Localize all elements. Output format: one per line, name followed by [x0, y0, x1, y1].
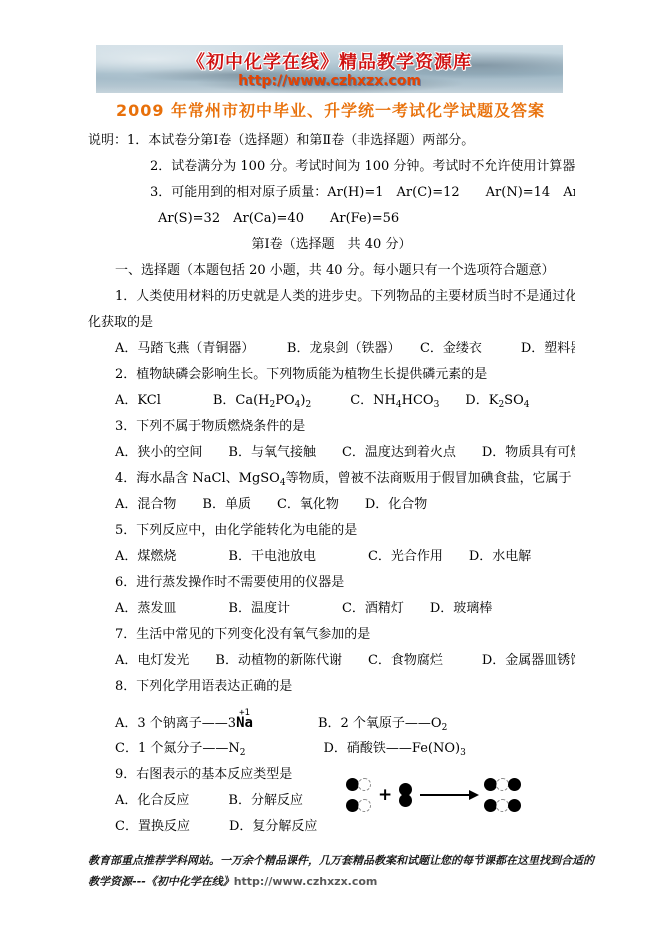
question-8-options-cd: C．1 个氮分子——N2 D．硝酸铁——Fe(NO)3: [88, 736, 575, 762]
section-1-header: 第Ⅰ卷（选择题 共 40 分）: [88, 232, 575, 258]
question-5-options: A．煤燃烧 B．干电池放电 C．光合作用 D．水电解: [88, 544, 575, 570]
molecule-group: [346, 778, 371, 812]
question-6-stem: 6．进行蒸发操作时不需要使用的仪器是: [88, 570, 575, 596]
question-1-stem-line-1: 1．人类使用材料的历史就是人类的进步史。下列物品的主要材质当时不是通过化学变: [88, 284, 575, 310]
molecule-group: [399, 783, 412, 807]
exam-note-line-2: 2．试卷满分为 100 分。考试时间为 100 分钟。考试时不允许使用计算器。: [88, 154, 575, 180]
white-atom: [358, 799, 371, 812]
footer-url-link[interactable]: http://www.czhxzx.com: [234, 875, 378, 888]
reaction-arrow-icon: [420, 794, 470, 796]
molecule-group: [484, 778, 521, 812]
document-title: 2009 年常州市初中毕业、升学统一考试化学试题及答案: [0, 98, 661, 121]
white-atom: [358, 778, 371, 791]
black-atom: [399, 794, 412, 807]
footer-line-2: 教学资源---《初中化学在线》http://www.czhxzx.com: [88, 871, 588, 892]
black-atom: [508, 778, 521, 791]
question-8-stem: 8．下列化学用语表达正确的是: [88, 674, 575, 700]
question-4-stem: 4．海水晶含 NaCl、MgSO4等物质，曾被不法商贩用于假冒加碘食盐，它属于: [88, 466, 575, 492]
question-8-options-ab: A．3 个钠离子——3+1Na B．2 个氧原子——O2: [88, 710, 575, 736]
footer: 教育部重点推荐学科网站。一万余个精品课件，几万套精品教案和试题让您的每节课都在这…: [88, 850, 588, 892]
exam-document-page: 《初中化学在线》精品教学资源库 http://www.czhxzx.com 20…: [0, 0, 661, 935]
footer-line-2-text: 教学资源---《初中化学在线》: [88, 875, 234, 888]
question-3-options: A．狭小的空间 B．与氧气接触 C．温度达到着火点 D．物质具有可燃性: [88, 440, 575, 466]
question-2-options: A．KCl B．Ca(H2PO4)2 C．NH4HCO3 D．K2SO4: [88, 388, 575, 414]
question-5-stem: 5．下列反应中，由化学能转化为电能的是: [88, 518, 575, 544]
question-4-options: A．混合物 B．单质 C．氧化物 D．化合物: [88, 492, 575, 518]
question-7-options: A．电灯发光 B．动植物的新陈代谢 C．食物腐烂 D．金属器皿锈蚀: [88, 648, 575, 674]
banner-site-url-link[interactable]: http://www.czhxzx.com: [96, 73, 563, 89]
question-2-stem: 2．植物缺磷会影响生长。下列物质能为植物生长提供磷元素的是: [88, 362, 575, 388]
black-atom: [508, 799, 521, 812]
plus-sign: +: [378, 785, 392, 805]
question-6-options: A．蒸发皿 B．温度计 C．酒精灯 D．玻璃棒: [88, 596, 575, 622]
footer-line-1: 教育部重点推荐学科网站。一万余个精品课件，几万套精品教案和试题让您的每节课都在这…: [88, 850, 588, 871]
question-1-stem-line-2: 化获取的是: [88, 310, 575, 336]
question-1-options: A．马踏飞燕（青铜器） B．龙泉剑（铁器） C．金缕衣 D．塑料器具: [88, 336, 575, 362]
document-body: 说明：1．本试卷分第Ⅰ卷（选择题）和第Ⅱ卷（非选择题）两部分。 2．试卷满分为 …: [88, 128, 575, 840]
banner-site-name: 《初中化学在线》精品教学资源库: [96, 45, 563, 74]
ion-charge-stack: +1Na: [236, 710, 253, 736]
banner-image: 《初中化学在线》精品教学资源库 http://www.czhxzx.com: [96, 45, 563, 93]
reaction-diagram: +: [346, 760, 521, 830]
exam-note-line-3: 3．可能用到的相对原子质量：Ar(H)=1 Ar(C)=12 Ar(N)=14 …: [88, 180, 575, 206]
question-7-stem: 7．生活中常见的下列变化没有氧气参加的是: [88, 622, 575, 648]
question-3-stem: 3．下列不属于物质燃烧条件的是: [88, 414, 575, 440]
section-1-intro: 一、选择题（本题包括 20 小题，共 40 分。每小题只有一个选项符合题意）: [88, 258, 575, 284]
exam-note-line-1: 说明：1．本试卷分第Ⅰ卷（选择题）和第Ⅱ卷（非选择题）两部分。: [88, 128, 575, 154]
exam-note-line-4: Ar(S)=32 Ar(Ca)=40 Ar(Fe)=56: [88, 206, 575, 232]
